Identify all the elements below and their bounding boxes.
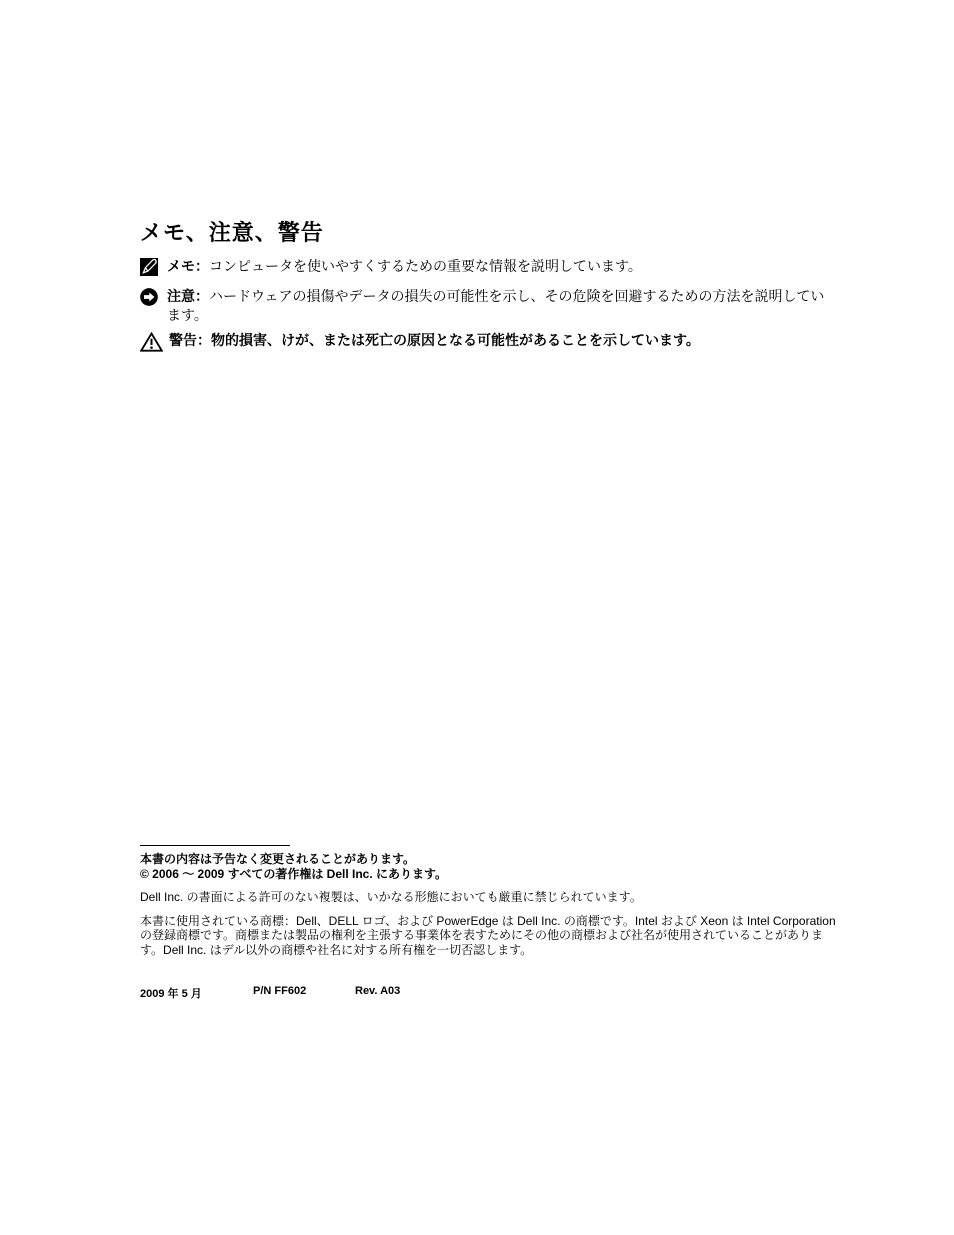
- copyright-line: © 2006 ～ 2009 すべての著作権は Dell Inc. にあります。: [140, 867, 846, 882]
- publication-info-line: 2009 年 5 月 P/N FF602 Rev. A03: [140, 985, 560, 1001]
- legal-footer: 本書の内容は予告なく変更されることがあります。 © 2006 ～ 2009 すべ…: [140, 845, 846, 957]
- note-label: メモ：: [167, 258, 209, 274]
- notice-body: ハードウェアの損傷やデータの損失の可能性を示し、その危険を回避するための方法を説…: [167, 288, 824, 323]
- trademark-notice: 本書に使用されている商標：Dell、DELL ロゴ、および PowerEdge …: [140, 914, 846, 958]
- warning-triangle-icon: [140, 331, 169, 357]
- notice-label: 注意：: [167, 288, 209, 304]
- conventions-section: メモ、注意、警告 メモ：コンピュータを使いやすくするための重要な情報を説明してい…: [140, 220, 832, 363]
- notice-arrow-icon: [140, 287, 167, 311]
- part-number: P/N FF602: [253, 985, 306, 997]
- note-item-notice: 注意：ハードウェアの損傷やデータの損失の可能性を示し、その危険を回避するための方…: [140, 287, 832, 325]
- revision-number: Rev. A03: [355, 985, 400, 997]
- note-item-memo: メモ：コンピュータを使いやすくするための重要な情報を説明しています。: [140, 257, 832, 281]
- page-title: メモ、注意、警告: [140, 220, 832, 246]
- note-text: メモ：コンピュータを使いやすくするための重要な情報を説明しています。: [167, 257, 832, 276]
- warning-label: 警告：: [169, 332, 211, 348]
- change-notice-line: 本書の内容は予告なく変更されることがあります。: [140, 852, 846, 867]
- note-text: 警告：物的損害、けが、または死亡の原因となる可能性があることを示しています。: [169, 331, 832, 350]
- warning-body: 物的損害、けが、または死亡の原因となる可能性があることを示しています。: [211, 332, 700, 348]
- note-body: コンピュータを使いやすくするための重要な情報を説明しています。: [209, 258, 642, 274]
- pencil-note-icon: [140, 257, 167, 281]
- footnote-divider: [140, 845, 290, 846]
- note-item-warning: 警告：物的損害、けが、または死亡の原因となる可能性があることを示しています。: [140, 331, 832, 357]
- reproduction-notice: Dell Inc. の書面による許可のない複製は、いかなる形態においても厳重に禁…: [140, 890, 846, 905]
- publication-date: 2009 年 5 月: [140, 985, 202, 1001]
- note-text: 注意：ハードウェアの損傷やデータの損失の可能性を示し、その危険を回避するための方…: [167, 287, 832, 325]
